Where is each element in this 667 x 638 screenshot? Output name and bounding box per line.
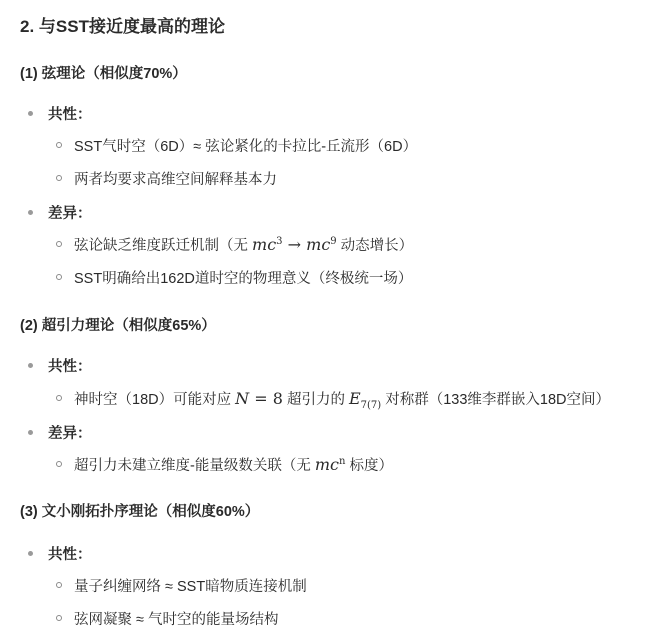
circle-bullet-icon <box>56 461 62 467</box>
math-formula: mc3 → mc9 <box>252 235 337 254</box>
bullet-icon <box>28 363 33 368</box>
bullet-icon <box>28 210 33 215</box>
rich-text: 弦论缺乏维度跃迁机制（无 mc3 → mc9 动态增长） <box>74 234 413 255</box>
circle-bullet-icon <box>56 175 62 181</box>
circle-bullet-icon <box>56 582 62 588</box>
bullet-icon <box>28 111 33 116</box>
rich-text: 神时空（18D）可能对应 N = 8 超引力的 E7(7) 对称群（133维李群… <box>74 388 610 409</box>
math-formula: E7(7) <box>349 389 381 408</box>
math-formula: mcn <box>315 455 346 474</box>
section-title: 2. 与SST接近度最高的理论 <box>20 12 225 37</box>
circle-bullet-icon <box>56 274 62 280</box>
theory-title-topological-order: (3) 文小刚拓扑序理论（相似度60%） <box>20 500 259 521</box>
rich-text: 超引力未建立维度-能量级数关联（无 mcn 标度） <box>74 454 393 475</box>
theory-title-string: (1) 弦理论（相似度70%） <box>20 62 187 83</box>
math-formula: N = 8 <box>235 389 283 408</box>
circle-bullet-icon <box>56 142 62 148</box>
bullet-icon <box>28 551 33 556</box>
circle-bullet-icon <box>56 241 62 247</box>
bullet-icon <box>28 430 33 435</box>
theory-title-supergravity: (2) 超引力理论（相似度65%） <box>20 314 216 335</box>
circle-bullet-icon <box>56 615 62 621</box>
circle-bullet-icon <box>56 395 62 401</box>
